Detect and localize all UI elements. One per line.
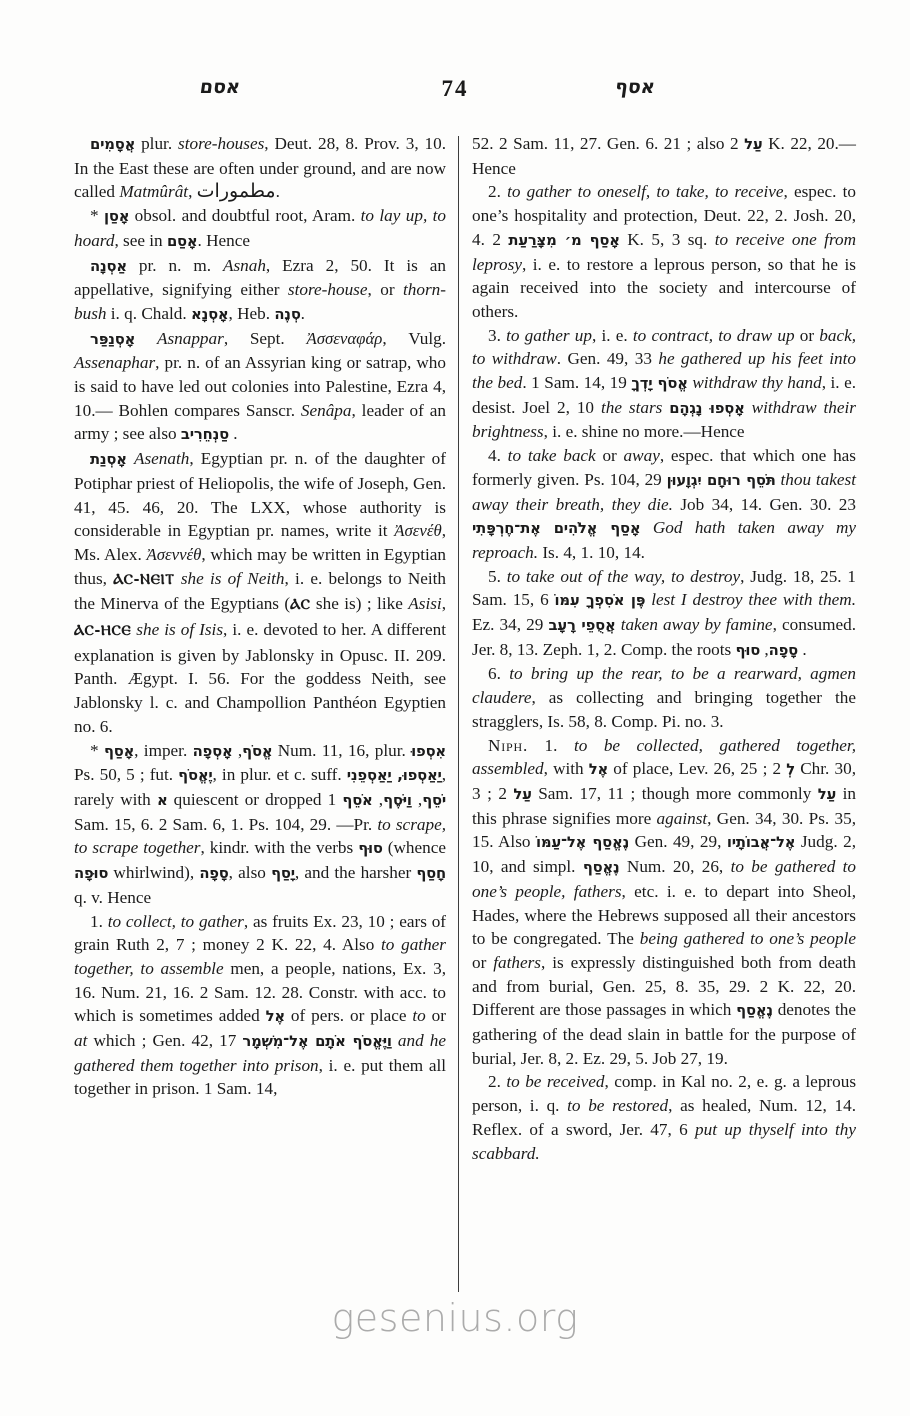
text-run: * <box>90 741 104 760</box>
text-run: , <box>373 790 383 809</box>
text-run: , i. e. to restore a leprous person, so … <box>472 255 856 321</box>
hebrew-text: יֹסֵף <box>422 792 446 809</box>
text-run: , and the harsher <box>295 863 417 882</box>
hebrew-text: אָסַן <box>104 208 129 225</box>
hebrew-text: פֶּן אֹסִפְךָ עִמּוֹ <box>555 592 646 609</box>
text-run: , i. e. shine no more.—Hence <box>544 422 745 441</box>
text-run: Num. 20, 26, <box>620 857 731 876</box>
text-run: taken away by famine <box>621 615 773 634</box>
text-run: , imper. <box>134 741 192 760</box>
hebrew-text: סְנֶה <box>274 306 300 323</box>
paragraph: * אָסַן obsol. and doubtful root, Aram. … <box>74 204 446 253</box>
hebrew-text: אָסְפוּ נָגְהָם <box>669 400 744 417</box>
text-run: to gather up <box>506 326 592 345</box>
hebrew-text: סוּף <box>736 642 761 659</box>
paragraph: 1. to collect, to gather, as fruits Ex. … <box>74 910 446 1102</box>
hebrew-text: וַיֹּסֶף <box>383 792 412 809</box>
hebrew-text: אֱסֹף <box>242 743 272 760</box>
hebrew-text: א <box>157 792 168 809</box>
text-run: Asnappar <box>157 329 224 348</box>
hebrew-text: אֶל־אֲבוֹתָיו <box>727 834 796 851</box>
hebrew-text: אָסַף אֱלֹהִים אֶת־חֶרְפָּתִי <box>472 520 641 537</box>
paragraph: 52. 2 Sam. 11, 27. Gen. 6. 21 ; also עַל… <box>472 132 856 180</box>
text-run: 2 Sam. 17, 11 ; though more commonly <box>498 784 817 803</box>
text-run: Num. 11, 16, plur. <box>272 741 411 760</box>
text-run: 52. 2 Sam. 11, 27. Gen. 6. 21 ; also <box>472 134 730 153</box>
text-run: 1. <box>90 912 108 931</box>
text-run: to be received <box>506 1072 604 1091</box>
paragraph: אָסְנַפַּר Asnappar, Sept. Ἀσσεναφάρ, Vu… <box>74 327 446 448</box>
text-run: she is) ; like <box>310 594 408 613</box>
text-run: . Hence <box>198 231 251 250</box>
running-head-right-hebrew: אסף <box>573 76 696 98</box>
hebrew-text: עַל <box>818 786 836 803</box>
text-run: of place, Lev. 26, 25 ; <box>608 759 772 778</box>
text-run: Asisi <box>408 594 441 613</box>
running-head: אסם 74 אסף <box>0 76 910 110</box>
greek-text: Ἀσενέθ <box>394 521 441 540</box>
text-run: , Vulg. <box>382 329 446 348</box>
text-run: 2. <box>488 182 507 201</box>
text-run: , <box>760 640 769 659</box>
text-run: Gen. 49, 29, <box>629 832 727 851</box>
hebrew-text: אָסְנַת <box>90 451 127 468</box>
watermark: gesenius.org <box>0 1296 910 1340</box>
paragraph: * אָסַף, imper. אֱסֹף, אָסְפָה Num. 11, … <box>74 739 446 910</box>
text-run: , in plur. et c. suff. <box>213 765 347 784</box>
text-run: to be restored <box>567 1096 668 1115</box>
hebrew-text: אָסַף מ׳ מִצָּרַעַת <box>508 232 619 249</box>
text-run: to collect, to gather <box>108 912 244 931</box>
hebrew-text: אֲסָמִים <box>90 136 135 153</box>
text-run: , <box>233 741 243 760</box>
text-run: to take back <box>508 446 596 465</box>
text-run: * <box>90 206 104 225</box>
text-run: or <box>596 446 624 465</box>
text-run: or <box>472 953 493 972</box>
paragraph: 2. to gather to oneself, to take, to rec… <box>472 180 856 323</box>
paragraph: אַסְנָה pr. n. m. Asnah, Ezra 2, 50. It … <box>74 254 446 327</box>
text-run: Niph. <box>488 736 528 755</box>
hebrew-text: אָסַף <box>104 743 134 760</box>
text-run: 5. <box>488 567 507 586</box>
text-run: pr. n. m. <box>127 256 223 275</box>
right-column: 52. 2 Sam. 11, 27. Gen. 6. 21 ; also עַל… <box>472 132 856 1292</box>
text-run: away <box>624 446 660 465</box>
text-run: withdraw thy hand <box>692 373 821 392</box>
hebrew-text: סוּפָה <box>74 865 108 882</box>
hebrew-text: אִסְפוּ <box>411 743 446 760</box>
text-run: 4. <box>488 446 508 465</box>
text-run: i. q. Chald. <box>106 304 191 323</box>
text-run: . <box>301 304 305 323</box>
text-run: she is of Neith <box>181 569 285 588</box>
text-run: lest I destroy thee with them. <box>651 590 856 609</box>
text-run: (whence <box>383 838 446 857</box>
text-run: being gathered to one’s people <box>640 929 856 948</box>
paragraph: 3. to gather up, i. e. to contract, to d… <box>472 324 856 445</box>
hebrew-text: אָסַם <box>167 233 198 250</box>
text-run: Assenaphar <box>74 353 155 372</box>
hebrew-text: עַל <box>744 136 762 153</box>
hebrew-text: אָסְפָה <box>193 743 233 760</box>
hebrew-text: נֶאֱסַף <box>583 859 620 876</box>
hebrew-text: יֶאֱסֹף <box>178 767 212 784</box>
text-run: 3. <box>488 326 506 345</box>
text-run: to gather to oneself, to take, to receiv… <box>507 182 783 201</box>
text-run: , or <box>367 280 403 299</box>
text-run: which ; Gen. 42, 17 <box>87 1031 242 1050</box>
text-run: whirlwind), <box>108 863 199 882</box>
hebrew-text: תֹּסֵף רוּחָם יִגְוָעוּן <box>667 472 776 489</box>
text-run: 1. <box>528 736 574 755</box>
text-run: , Heb. <box>229 304 275 323</box>
text-run: q. v. Hence <box>74 888 151 907</box>
text-run: 6. <box>488 664 509 683</box>
text-run: . <box>276 182 280 201</box>
text-run: at <box>74 1031 87 1050</box>
hebrew-text: נֶאֱסַף <box>736 1002 773 1019</box>
text-run: Ez. 34, 29 <box>472 615 548 634</box>
hebrew-text: וַיֶּאֱסֹף אֹתָם אֶל־מִשְׁמָר <box>242 1033 391 1050</box>
coptic-text: ⲀⲤ <box>290 597 310 613</box>
text-run: , Sept. <box>224 329 307 348</box>
text-run: , also <box>229 863 271 882</box>
text-run: 2. <box>488 1072 506 1091</box>
text-run: to <box>412 1006 425 1025</box>
text-run: . <box>798 640 807 659</box>
text-run: , i. e. <box>592 326 633 345</box>
arabic-text: مطمورات <box>197 180 276 202</box>
text-run: quiescent or dropped <box>168 790 328 809</box>
page-number: 74 <box>0 76 910 102</box>
text-run: plur. <box>135 134 178 153</box>
text-run: . 1 Sam. 14, 19 <box>522 373 631 392</box>
hebrew-text: אֹסֵף <box>342 792 372 809</box>
text-run: against <box>657 809 708 828</box>
text-run <box>127 449 134 468</box>
text-run: store-houses <box>178 134 264 153</box>
text-run: Asenath <box>134 449 189 468</box>
text-run: to take out of the way, to destroy <box>507 567 740 586</box>
hebrew-text: נֶאֱסַף אֶל־עַמּוֹ <box>536 834 629 851</box>
text-run: Senâpa <box>301 401 352 420</box>
coptic-text: ⲀⲤ-ⲚⲈⲒⲦ <box>113 572 174 588</box>
text-run: to contract, to draw up <box>633 326 795 345</box>
hebrew-text: אֲסֻפֵי רָעָב <box>548 617 615 634</box>
paragraph: אָסְנַת Asenath, Egyptian pr. n. of the … <box>74 447 446 738</box>
text-run: Matmûrât <box>119 182 188 201</box>
text-run: . <box>229 424 238 443</box>
text-run: , <box>442 594 446 613</box>
text-run: , <box>412 790 422 809</box>
text-run: , kindr. with the verbs <box>200 838 358 857</box>
text-run: . Gen. 49, 33 <box>557 349 659 368</box>
text-run: Is. 4, 1. 10, 14. <box>538 543 645 562</box>
text-run: Asnah <box>223 256 266 275</box>
text-run: or <box>426 1006 446 1025</box>
paragraph: 2. to be received, comp. in Kal no. 2, e… <box>472 1070 856 1165</box>
text-run: or <box>795 326 820 345</box>
greek-text: Ἀσεννέθ <box>146 545 201 564</box>
text-run: store-house <box>288 280 368 299</box>
hebrew-text: סַנְחֵרִיב <box>181 426 229 443</box>
text-run: Job 34, 14. Gen. 30. 23 <box>673 495 856 514</box>
text-run: , with <box>544 759 589 778</box>
text-run: she is of Isis <box>136 620 223 639</box>
hebrew-text: חָסַף <box>416 865 446 882</box>
paragraph: 6. to bring up the rear, to be a rearwar… <box>472 662 856 733</box>
hebrew-text: יַאַסְפוּ, יַאַסְפֵנִי <box>347 767 442 784</box>
text-run: fathers <box>493 953 541 972</box>
text-run: obsol. and doubtful root, Aram. <box>129 206 360 225</box>
text-run <box>135 329 157 348</box>
hebrew-text: אֶל <box>266 1008 285 1025</box>
paragraph: 4. to take back or away, espec. that whi… <box>472 444 856 565</box>
text-run: , see in <box>114 231 167 250</box>
paragraph: אֲסָמִים plur. store-houses, Deut. 28, 8… <box>74 132 446 204</box>
hebrew-text: אָסְנָא <box>191 306 229 323</box>
hebrew-text: אֱסֹף יָדְךָ <box>631 375 687 392</box>
text-run <box>745 398 752 417</box>
text-run: of pers. or place <box>285 1006 412 1025</box>
hebrew-text: סָפָה <box>769 642 798 659</box>
hebrew-text: אָסְנַפַּר <box>90 331 135 348</box>
coptic-text: ⲀⲤ-ⲎⲤⲈ <box>74 623 131 639</box>
paragraph: Niph. 1. to be collected, gathered toget… <box>472 734 856 1071</box>
column-divider-rule <box>458 136 459 1292</box>
hebrew-text: סוּף <box>358 840 383 857</box>
scanned-lexicon-page: אסם 74 אסף אֲסָמִים plur. store-houses, … <box>0 0 910 1416</box>
paragraph: 5. to take out of the way, to destroy, J… <box>472 565 856 663</box>
text-run: the stars <box>601 398 662 417</box>
hebrew-text: עַל <box>513 786 531 803</box>
hebrew-text: אֶל <box>589 761 608 778</box>
text-run: Ps. 50, 5 ; fut. <box>74 765 178 784</box>
hebrew-text: אַסְנָה <box>90 258 127 275</box>
hebrew-text: לְ <box>786 761 795 778</box>
text-run <box>641 518 653 537</box>
hebrew-text: סָפָה <box>199 865 228 882</box>
text-columns: אֲסָמִים plur. store-houses, Deut. 28, 8… <box>74 132 856 1292</box>
text-run: , <box>188 182 197 201</box>
left-column: אֲסָמִים plur. store-houses, Deut. 28, 8… <box>74 132 446 1292</box>
greek-text: Ἀσσεναφάρ <box>306 329 382 348</box>
hebrew-text: יָסַף <box>271 865 295 882</box>
